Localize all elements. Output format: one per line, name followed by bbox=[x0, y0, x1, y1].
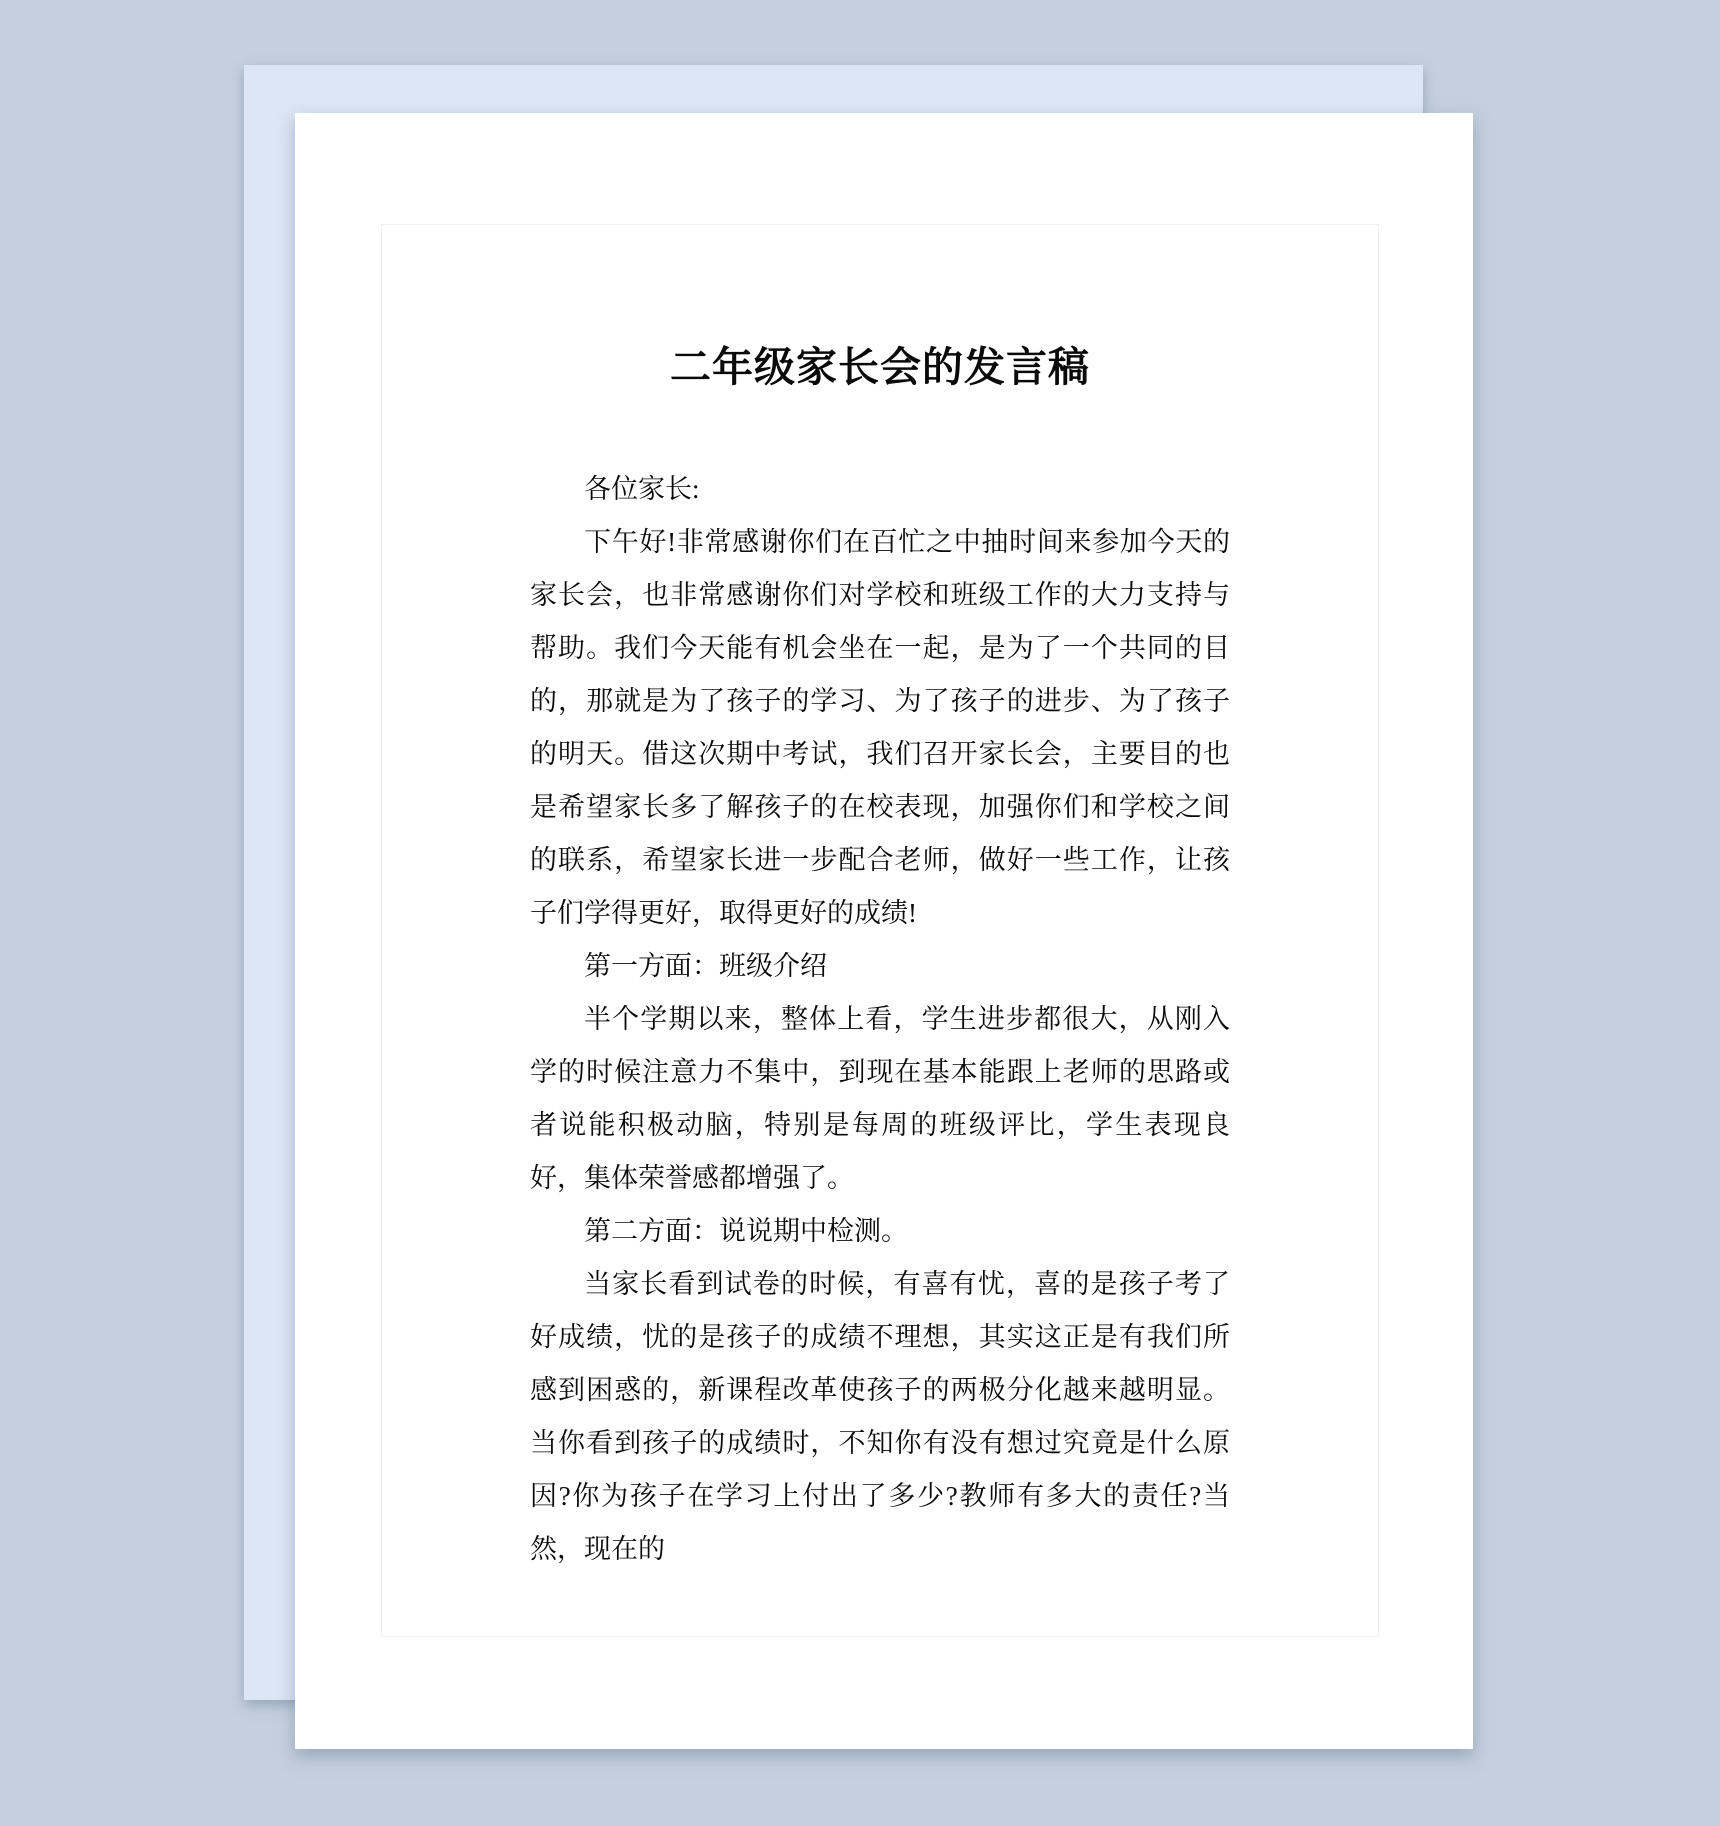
paragraph-class-introduction: 半个学期以来，整体上看，学生进步都很大，从刚入学的时候注意力不集中，到现在基本能… bbox=[530, 993, 1230, 1205]
section-heading-1: 第一方面：班级介绍 bbox=[530, 940, 1230, 993]
document-body: 各位家长: 下午好!非常感谢你们在百忙之中抽时间来参加今天的家长会，也非常感谢你… bbox=[530, 463, 1230, 1576]
text-area-frame: 二年级家长会的发言稿 各位家长: 下午好!非常感谢你们在百忙之中抽时间来参加今天… bbox=[381, 224, 1379, 1637]
document-page: 二年级家长会的发言稿 各位家长: 下午好!非常感谢你们在百忙之中抽时间来参加今天… bbox=[295, 113, 1473, 1749]
paragraph-midterm-review: 当家长看到试卷的时候，有喜有忧，喜的是孩子考了好成绩，忧的是孩子的成绩不理想，其… bbox=[530, 1258, 1230, 1576]
paragraph-opening: 下午好!非常感谢你们在百忙之中抽时间来参加今天的家长会，也非常感谢你们对学校和班… bbox=[530, 516, 1230, 940]
document-title: 二年级家长会的发言稿 bbox=[382, 343, 1378, 391]
section-heading-2: 第二方面：说说期中检测。 bbox=[530, 1205, 1230, 1258]
workspace-background: 二年级家长会的发言稿 各位家长: 下午好!非常感谢你们在百忙之中抽时间来参加今天… bbox=[0, 0, 1720, 1826]
salutation: 各位家长: bbox=[530, 463, 1230, 516]
